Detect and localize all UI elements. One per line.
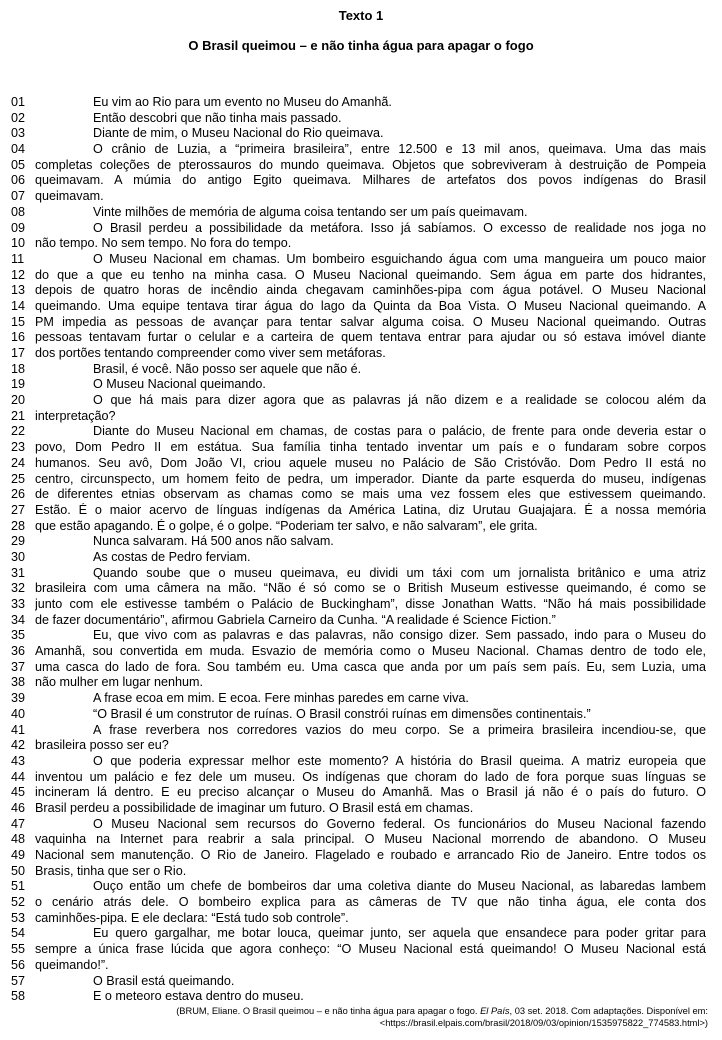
line-text: centro, circunspecto, um homem feito de … xyxy=(35,472,706,488)
line-number: 18 xyxy=(11,362,25,378)
line-number: 10 xyxy=(11,236,25,252)
line-text: povo, Dom Pedro II em estátua. Sua famíl… xyxy=(35,440,706,456)
line-number: 07 xyxy=(11,189,25,205)
text-line: 48vaquinha na Internet para reabrir a sa… xyxy=(0,832,722,848)
line-text: O que poderia expressar melhor este mome… xyxy=(93,754,706,770)
text-line: 54Eu quero gargalhar, me botar louca, qu… xyxy=(0,926,722,942)
line-text: Nacional sem manutenção. O Rio de Janeir… xyxy=(35,848,706,864)
line-number: 26 xyxy=(11,487,25,503)
line-text: O Brasil perdeu a possibilidade da metáf… xyxy=(93,221,706,237)
text-label: Texto 1 xyxy=(0,8,722,23)
line-text: Então descobri que não tinha mais passad… xyxy=(93,111,706,127)
text-line: 38não mulher em lugar nenhum. xyxy=(0,675,722,691)
line-number: 35 xyxy=(11,628,25,644)
text-line: 16pessoas tentavam furtar o celular e a … xyxy=(0,330,722,346)
line-text: sempre a única frase lúcida que agora co… xyxy=(35,942,706,958)
line-number: 20 xyxy=(11,393,25,409)
line-text: O Museu Nacional em chamas. Um bombeiro … xyxy=(93,252,706,268)
line-number: 21 xyxy=(11,409,25,425)
line-number: 54 xyxy=(11,926,25,942)
line-text: depois de quatro horas de incêndio ainda… xyxy=(35,283,706,299)
line-text: vaquinha na Internet para reabrir a sala… xyxy=(35,832,706,848)
text-line: 56queimando!”. xyxy=(0,958,722,974)
text-line: 09O Brasil perdeu a possibilidade da met… xyxy=(0,221,722,237)
text-line: 30As costas de Pedro ferviam. xyxy=(0,550,722,566)
text-line: 32brasileira com uma câmera na mão. “Não… xyxy=(0,581,722,597)
line-number: 31 xyxy=(11,566,25,582)
line-text: uma casca do lado de fora. Sou também eu… xyxy=(35,660,706,676)
line-number: 16 xyxy=(11,330,25,346)
line-number: 38 xyxy=(11,675,25,691)
line-text: de diferentes etnias observam as chamas … xyxy=(35,487,706,503)
line-text: Diante do Museu Nacional em chamas, de c… xyxy=(93,424,706,440)
line-text: interpretação? xyxy=(35,409,706,425)
line-number: 36 xyxy=(11,644,25,660)
text-line: 12do que a que eu tenho na minha casa. O… xyxy=(0,268,722,284)
line-number: 44 xyxy=(11,770,25,786)
line-number: 12 xyxy=(11,268,25,284)
line-text: completas coleções de pterossauros do mu… xyxy=(35,158,706,174)
line-number: 30 xyxy=(11,550,25,566)
text-line: 04O crânio de Luzia, a “primeira brasile… xyxy=(0,142,722,158)
text-line: 57O Brasil está queimando. xyxy=(0,974,722,990)
line-text: humanos. Seu avô, Dom João VI, criou aqu… xyxy=(35,456,706,472)
line-text: do que a que eu tenho na minha casa. O M… xyxy=(35,268,706,284)
text-line: 33junto com ele estivesse também o Palác… xyxy=(0,597,722,613)
line-text: A frase reverbera nos corredores vazios … xyxy=(93,723,706,739)
line-number: 28 xyxy=(11,519,25,535)
line-number: 22 xyxy=(11,424,25,440)
text-line: 42brasileira posso ser eu? xyxy=(0,738,722,754)
line-text: O Brasil está queimando. xyxy=(93,974,706,990)
line-text: o cenário atrás dele. O bombeiro explica… xyxy=(35,895,706,911)
line-text: As costas de Pedro ferviam. xyxy=(93,550,706,566)
text-line: 23povo, Dom Pedro II em estátua. Sua fam… xyxy=(0,440,722,456)
text-line: 19O Museu Nacional queimando. xyxy=(0,377,722,393)
line-number: 45 xyxy=(11,785,25,801)
text-line: 28que estão apagando. É o golpe, é o gol… xyxy=(0,519,722,535)
line-text: pessoas tentavam furtar o celular e a ca… xyxy=(35,330,706,346)
text-line: 06queimavam. A múmia do antigo Egito que… xyxy=(0,173,722,189)
line-number: 04 xyxy=(11,142,25,158)
line-number: 14 xyxy=(11,299,25,315)
line-text: Amanhã, sou convertida em muda. Esvazio … xyxy=(35,644,706,660)
text-line: 45incineram lá dentro. E eu preciso alca… xyxy=(0,785,722,801)
text-line: 58E o meteoro estava dentro do museu. xyxy=(0,989,722,1005)
line-number: 19 xyxy=(11,377,25,393)
citation-text-end: , 03 set. 2018. Com adaptações. Disponív… xyxy=(510,1006,708,1016)
text-line: 53caminhões-pipa. E ele declara: “Está t… xyxy=(0,911,722,927)
line-text: Ouço então um chefe de bombeiros dar uma… xyxy=(93,879,706,895)
text-line: 52o cenário atrás dele. O bombeiro expli… xyxy=(0,895,722,911)
text-line: 47O Museu Nacional sem recursos do Gover… xyxy=(0,817,722,833)
text-line: 07queimavam. xyxy=(0,189,722,205)
text-line: 24humanos. Seu avô, Dom João VI, criou a… xyxy=(0,456,722,472)
line-text: incineram lá dentro. E eu preciso alcanç… xyxy=(35,785,706,801)
text-line: 22Diante do Museu Nacional em chamas, de… xyxy=(0,424,722,440)
line-number: 48 xyxy=(11,832,25,848)
line-number: 39 xyxy=(11,691,25,707)
line-number: 52 xyxy=(11,895,25,911)
line-number: 34 xyxy=(11,613,25,629)
text-line: 08Vinte milhões de memória de alguma coi… xyxy=(0,205,722,221)
text-line: 01Eu vim ao Rio para um evento no Museu … xyxy=(0,95,722,111)
citation-text: (BRUM, Eliane. O Brasil queimou – e não … xyxy=(176,1006,480,1016)
citation-source: El País xyxy=(480,1006,509,1016)
text-line: 29Nunca salvaram. Há 500 anos não salvam… xyxy=(0,534,722,550)
text-line: 50Brasis, tinha que ser o Rio. xyxy=(0,864,722,880)
line-text: PM impedia as pessoas de avançar para te… xyxy=(35,315,706,331)
line-number: 25 xyxy=(11,472,25,488)
line-number: 15 xyxy=(11,315,25,331)
line-number: 47 xyxy=(11,817,25,833)
line-text: queimando!”. xyxy=(35,958,706,974)
text-line: 46Brasil perdeu a possibilidade de imagi… xyxy=(0,801,722,817)
line-number: 27 xyxy=(11,503,25,519)
text-line: 44inventou um palácio e fez dele um muse… xyxy=(0,770,722,786)
line-number: 23 xyxy=(11,440,25,456)
line-text: de fazer documentário”, afirmou Gabriela… xyxy=(35,613,706,629)
line-text: Eu, que vivo com as palavras e das palav… xyxy=(93,628,706,644)
line-number: 09 xyxy=(11,221,25,237)
line-number: 42 xyxy=(11,738,25,754)
citation-url: <https://brasil.elpais.com/brasil/2018/0… xyxy=(380,1018,708,1028)
line-number: 53 xyxy=(11,911,25,927)
line-number: 51 xyxy=(11,879,25,895)
text-line: 26de diferentes etnias observam as chama… xyxy=(0,487,722,503)
line-number: 50 xyxy=(11,864,25,880)
line-text: caminhões-pipa. E ele declara: “Está tud… xyxy=(35,911,706,927)
line-text: “O Brasil é um construtor de ruínas. O B… xyxy=(93,707,706,723)
text-line: 36Amanhã, sou convertida em muda. Esvazi… xyxy=(0,644,722,660)
text-line: 31Quando soube que o museu queimava, eu … xyxy=(0,566,722,582)
line-text: que estão apagando. É o golpe, é o golpe… xyxy=(35,519,706,535)
line-number: 49 xyxy=(11,848,25,864)
text-line: 40“O Brasil é um construtor de ruínas. O… xyxy=(0,707,722,723)
line-text: Diante de mim, o Museu Nacional do Rio q… xyxy=(93,126,706,142)
line-text: junto com ele estivesse também o Palácio… xyxy=(35,597,706,613)
line-text: O Museu Nacional queimando. xyxy=(93,377,706,393)
text-line: 39A frase ecoa em mim. E ecoa. Fere minh… xyxy=(0,691,722,707)
line-number: 33 xyxy=(11,597,25,613)
line-text: O Museu Nacional sem recursos do Governo… xyxy=(93,817,706,833)
text-line: 27Estão. É o maior acervo de línguas ind… xyxy=(0,503,722,519)
text-line: 55sempre a única frase lúcida que agora … xyxy=(0,942,722,958)
text-line: 13depois de quatro horas de incêndio ain… xyxy=(0,283,722,299)
text-line: 14queimando. Uma equipe tentava tirar ág… xyxy=(0,299,722,315)
line-text: brasileira posso ser eu? xyxy=(35,738,706,754)
line-number: 41 xyxy=(11,723,25,739)
article-title: O Brasil queimou – e não tinha água para… xyxy=(0,38,722,53)
line-text: Nunca salvaram. Há 500 anos não salvam. xyxy=(93,534,706,550)
line-text: Estão. É o maior acervo de línguas indíg… xyxy=(35,503,706,519)
line-number: 06 xyxy=(11,173,25,189)
line-number: 55 xyxy=(11,942,25,958)
line-text: inventou um palácio e fez dele um museu.… xyxy=(35,770,706,786)
text-line: 15PM impedia as pessoas de avançar para … xyxy=(0,315,722,331)
line-text: O que há mais para dizer agora que as pa… xyxy=(93,393,706,409)
line-text: Brasis, tinha que ser o Rio. xyxy=(35,864,706,880)
text-line: 10não tempo. No sem tempo. No fora do te… xyxy=(0,236,722,252)
line-text: Eu vim ao Rio para um evento no Museu do… xyxy=(93,95,706,111)
line-text: Quando soube que o museu queimava, eu di… xyxy=(93,566,706,582)
line-number: 17 xyxy=(11,346,25,362)
text-line: 02Então descobri que não tinha mais pass… xyxy=(0,111,722,127)
line-number: 46 xyxy=(11,801,25,817)
line-number: 01 xyxy=(11,95,25,111)
line-text: não mulher em lugar nenhum. xyxy=(35,675,706,691)
line-text: A frase ecoa em mim. E ecoa. Fere minhas… xyxy=(93,691,706,707)
numbered-text-body: 01Eu vim ao Rio para um evento no Museu … xyxy=(0,95,722,1005)
line-text: Eu quero gargalhar, me botar louca, quei… xyxy=(93,926,706,942)
line-number: 37 xyxy=(11,660,25,676)
line-text: queimavam. xyxy=(35,189,706,205)
line-number: 43 xyxy=(11,754,25,770)
line-number: 13 xyxy=(11,283,25,299)
line-number: 32 xyxy=(11,581,25,597)
text-line: 25centro, circunspecto, um homem feito d… xyxy=(0,472,722,488)
line-number: 05 xyxy=(11,158,25,174)
line-text: E o meteoro estava dentro do museu. xyxy=(93,989,706,1005)
line-text: não tempo. No sem tempo. No fora do temp… xyxy=(35,236,706,252)
line-text: Brasil, é você. Não posso ser aquele que… xyxy=(93,362,706,378)
line-text: O crânio de Luzia, a “primeira brasileir… xyxy=(93,142,706,158)
text-line: 34de fazer documentário”, afirmou Gabrie… xyxy=(0,613,722,629)
text-line: 05completas coleções de pterossauros do … xyxy=(0,158,722,174)
line-number: 02 xyxy=(11,111,25,127)
text-line: 41A frase reverbera nos corredores vazio… xyxy=(0,723,722,739)
line-number: 29 xyxy=(11,534,25,550)
line-text: Brasil perdeu a possibilidade de imagina… xyxy=(35,801,706,817)
text-line: 51Ouço então um chefe de bombeiros dar u… xyxy=(0,879,722,895)
line-number: 08 xyxy=(11,205,25,221)
line-text: Vinte milhões de memória de alguma coisa… xyxy=(93,205,706,221)
text-line: 11O Museu Nacional em chamas. Um bombeir… xyxy=(0,252,722,268)
line-number: 56 xyxy=(11,958,25,974)
text-line: 20O que há mais para dizer agora que as … xyxy=(0,393,722,409)
text-line: 03Diante de mim, o Museu Nacional do Rio… xyxy=(0,126,722,142)
line-number: 57 xyxy=(11,974,25,990)
line-number: 03 xyxy=(11,126,25,142)
line-number: 24 xyxy=(11,456,25,472)
citation: (BRUM, Eliane. O Brasil queimou – e não … xyxy=(150,1005,708,1029)
line-number: 40 xyxy=(11,707,25,723)
line-text: dos portões tentando compreender como vi… xyxy=(35,346,706,362)
text-line: 43O que poderia expressar melhor este mo… xyxy=(0,754,722,770)
line-text: queimavam. A múmia do antigo Egito queim… xyxy=(35,173,706,189)
line-number: 58 xyxy=(11,989,25,1005)
text-line: 18Brasil, é você. Não posso ser aquele q… xyxy=(0,362,722,378)
text-line: 21interpretação? xyxy=(0,409,722,425)
text-line: 49Nacional sem manutenção. O Rio de Jane… xyxy=(0,848,722,864)
line-text: queimando. Uma equipe tentava tirar água… xyxy=(35,299,706,315)
text-line: 35Eu, que vivo com as palavras e das pal… xyxy=(0,628,722,644)
line-text: brasileira com uma câmera na mão. “Não é… xyxy=(35,581,706,597)
text-line: 17dos portões tentando compreender como … xyxy=(0,346,722,362)
text-line: 37uma casca do lado de fora. Sou também … xyxy=(0,660,722,676)
line-number: 11 xyxy=(11,252,24,268)
